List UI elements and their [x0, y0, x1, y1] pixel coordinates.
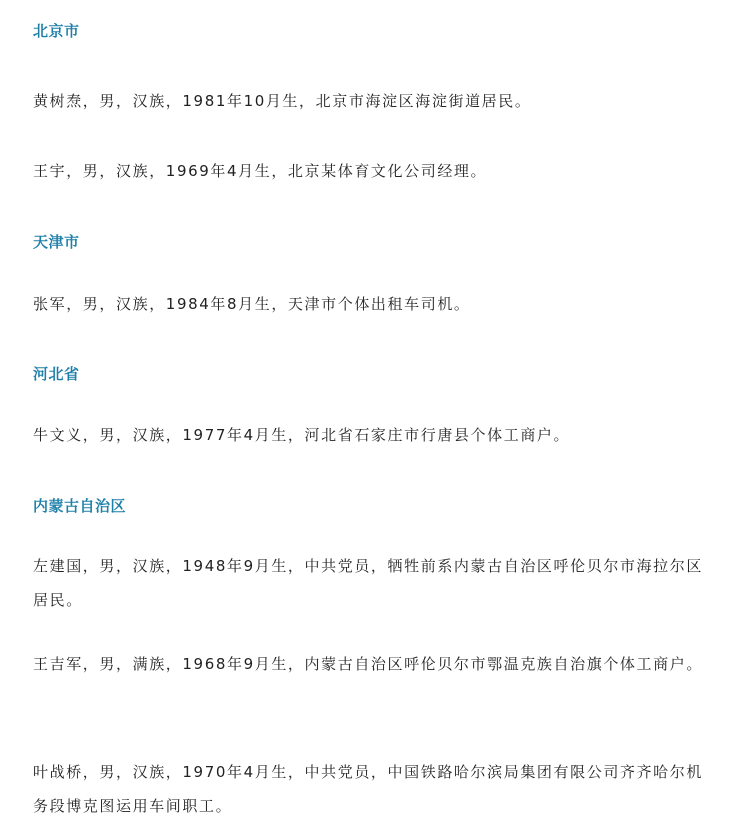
entry-text: 王宇，男，汉族，1969年4月生，北京某体育文化公司经理。: [33, 154, 713, 188]
entry-text: 张军，男，汉族，1984年8月生，天津市个体出租车司机。: [33, 287, 713, 321]
section-heading-beijing: 北京市: [33, 20, 80, 42]
entry-text: 黄树焘，男，汉族，1981年10月生，北京市海淀区海淀街道居民。: [33, 84, 713, 118]
section-heading-hebei: 河北省: [33, 363, 80, 385]
section-heading-inner-mongolia: 内蒙古自治区: [33, 495, 126, 517]
article-body: 北京市 黄树焘，男，汉族，1981年10月生，北京市海淀区海淀街道居民。 王宇，…: [0, 0, 736, 839]
section-heading-tianjin: 天津市: [33, 231, 80, 253]
entry-text: 王吉军，男，满族，1968年9月生，内蒙古自治区呼伦贝尔市鄂温克族自治旗个体工商…: [33, 647, 713, 681]
entry-text: 叶战桥，男，汉族，1970年4月生，中共党员，中国铁路哈尔滨局集团有限公司齐齐哈…: [33, 755, 713, 823]
entry-text: 牛文义，男，汉族，1977年4月生，河北省石家庄市行唐县个体工商户。: [33, 418, 713, 452]
entry-text: 左建国，男，汉族，1948年9月生，中共党员，牺牲前系内蒙古自治区呼伦贝尔市海拉…: [33, 549, 713, 617]
